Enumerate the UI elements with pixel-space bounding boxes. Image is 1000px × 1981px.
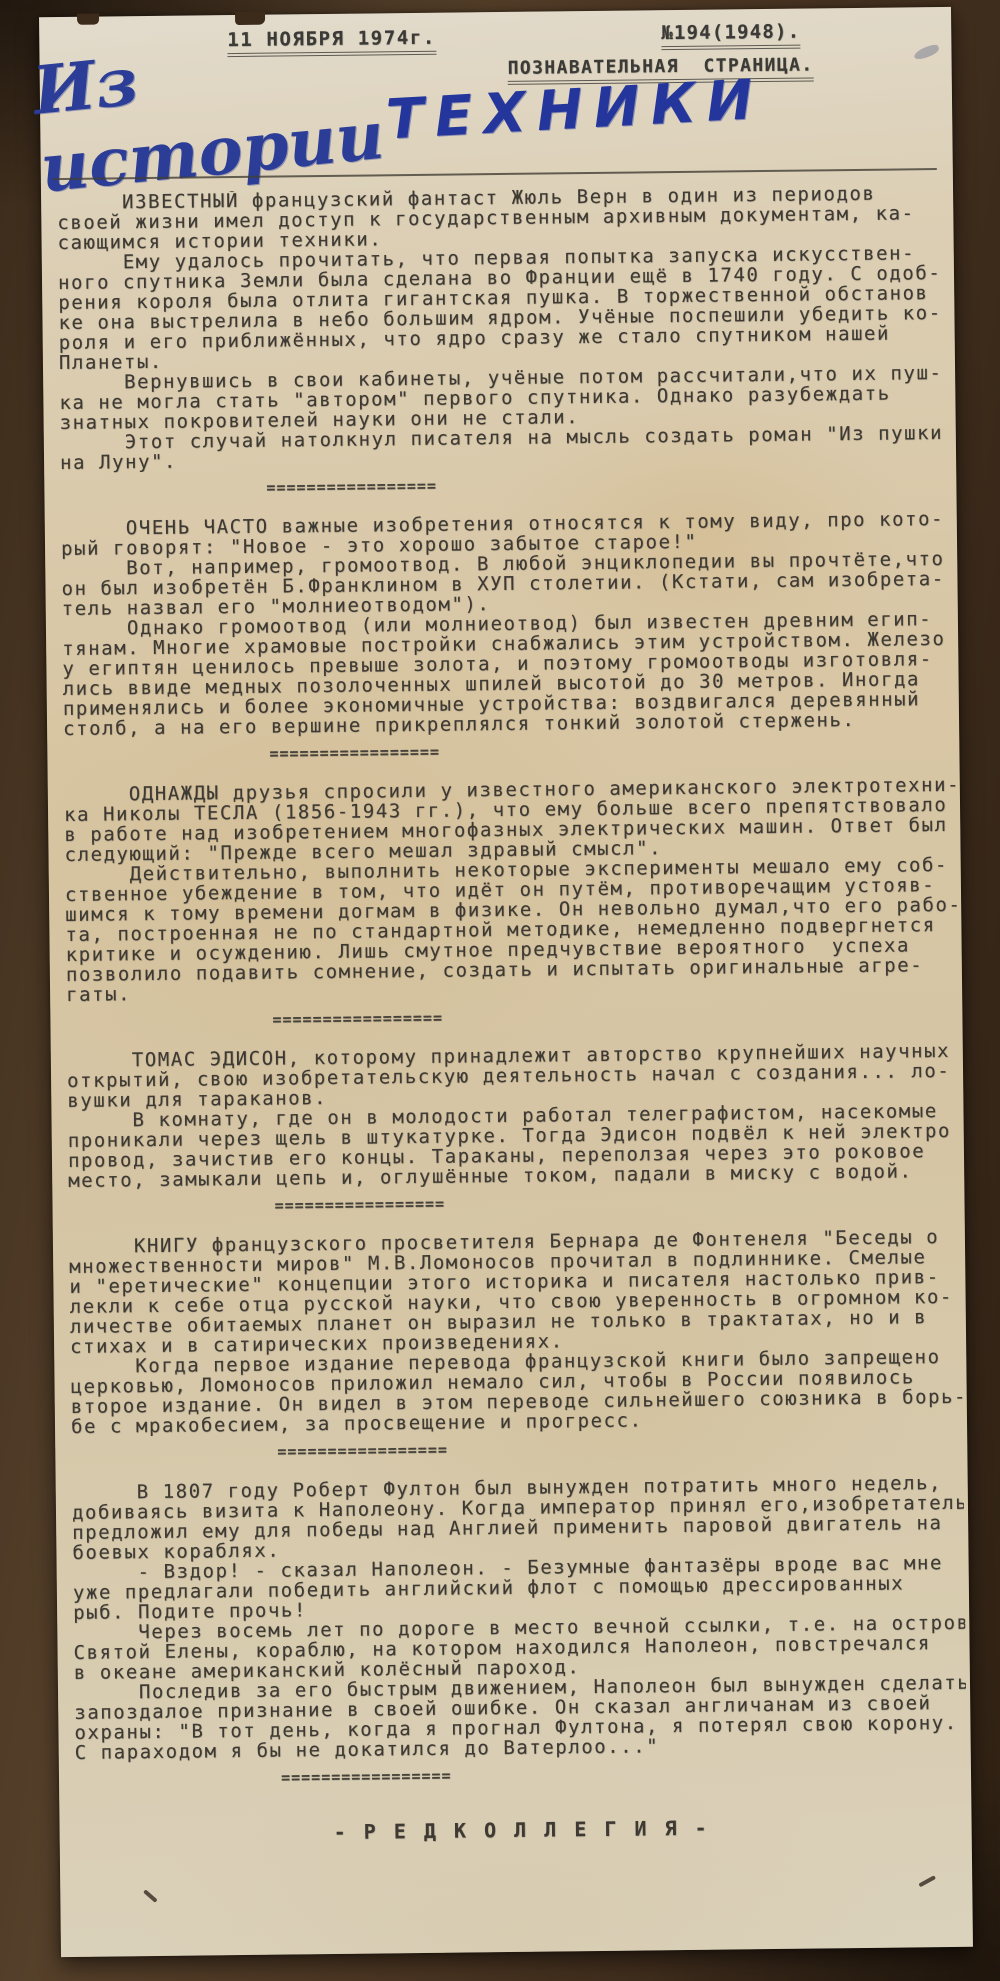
desk-background: 11 НОЯБРЯ 1974г. №194(1948). ПОЗНАВАТЕЛЬ… <box>0 0 1000 1981</box>
story-jules-verne: ИЗВЕСТНЫЙ французский фантаст Жюль Верн … <box>57 183 952 473</box>
issue-number: №194(1948). <box>661 21 800 51</box>
staple-mark <box>918 1875 936 1887</box>
story-lomonosov: КНИГУ французского просветителя Бернара … <box>69 1227 963 1437</box>
section-separator: ================= <box>272 1003 958 1029</box>
section-separator: ================= <box>277 1435 963 1461</box>
story-fulton-napoleon: В 1807 году Роберт Фултон был вынужден п… <box>72 1473 967 1763</box>
section-separator: ================= <box>274 1189 960 1215</box>
article-body: ИЗВЕСТНЫЙ французский фантаст Жюль Верн … <box>57 183 968 1847</box>
story-lightning-rod: ОЧЕНЬ ЧАСТО важные изобретения относятся… <box>61 509 955 739</box>
story-edison: ТОМАС ЭДИСОН, которому принадлежит автор… <box>67 1041 961 1191</box>
section-separator: ================= <box>266 471 952 497</box>
section-separator: ================= <box>269 737 955 763</box>
section-separator: ================= <box>281 1761 967 1787</box>
editorial-signature: - Р Е Д К О Л Л Е Г И Я - <box>76 1813 968 1847</box>
story-tesla: ОДНАЖДЫ друзья спросили у известного аме… <box>64 775 958 1005</box>
page-header: 11 НОЯБРЯ 1974г. №194(1948). ПОЗНАВАТЕЛЬ… <box>39 7 953 187</box>
newspaper-page: 11 НОЯБРЯ 1974г. №194(1948). ПОЗНАВАТЕЛЬ… <box>39 7 973 1957</box>
staple-mark <box>143 1889 158 1903</box>
